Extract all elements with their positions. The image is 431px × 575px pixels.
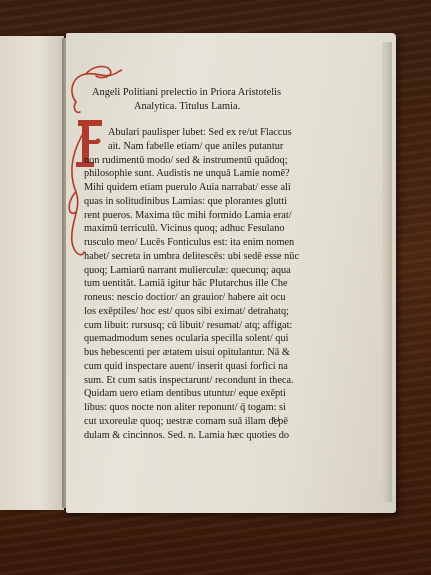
text-line: dulam & cincinnos. Sed. n. Lamia hæc quo… — [84, 429, 356, 443]
text-line: philosophie sunt. Audistis ne unquā Lami… — [84, 167, 356, 181]
text-line: maximū terriculū. Vicinus quoq; adhuc Fe… — [84, 222, 356, 236]
signature-mark: a i — [272, 414, 280, 423]
body-text: Abulari paulisper lubet: Sed ex re/ut Fl… — [84, 126, 356, 442]
text-line: rent pueros. Maxima tūc mihi formido Lam… — [84, 209, 356, 223]
text-line: habet/ secreta in umbra delitescēs: ubi … — [84, 250, 356, 264]
text-line: roneus: nescio doctior/ an grauior/ habe… — [84, 291, 356, 305]
text-line: cut uxoreulæ quoq; uestræ comam suā illa… — [84, 415, 356, 429]
text-line: quoq; Lamiarū narrant mulierculæ: quecun… — [84, 264, 356, 278]
text-line: quemadmodum senes ocularia specilla sole… — [84, 332, 356, 346]
text-line: Abulari paulisper lubet: Sed ex re/ut Fl… — [84, 126, 356, 140]
page-stack-edge — [382, 42, 392, 502]
text-line: bus hebescenti per ætatem uisui opitulan… — [84, 346, 356, 360]
text-line: Mihi quidem etiam puerulo Auia narrabat/… — [84, 181, 356, 195]
text-line: quas in solitudinibus Lamias: que ploran… — [84, 195, 356, 209]
text-line: libus: quos nocte non aliter reponunt/ q… — [84, 401, 356, 415]
chapter-title: Angeli Politiani prelectio in Priora Ari… — [92, 86, 352, 114]
facing-page-left — [0, 36, 64, 510]
title-line-2: Analytica. Titulus Lamia. — [92, 100, 352, 114]
text-line: non rudimentū modo/ sed & instrumentū qu… — [84, 154, 356, 168]
text-line: ait. Nam fabelle etiam/ que aniles putan… — [84, 140, 356, 154]
text-line: sum. Et cum satis inspectarunt/ recondun… — [84, 374, 356, 388]
text-line: los exēptiles/ hoc est/ quos sibi eximat… — [84, 305, 356, 319]
text-line: cum quid inspectare auent/ inserit quasi… — [84, 360, 356, 374]
text-line: cum libuit: rursusq; cū libuit/ resumat/… — [84, 319, 356, 333]
title-line-1: Angeli Politiani prelectio in Priora Ari… — [92, 87, 281, 98]
text-line: Quidam uero etiam dentibus utuntur/ eque… — [84, 387, 356, 401]
text-line: rusculo meo/ Lucēs Fonticulus est: ita e… — [84, 236, 356, 250]
text-line: tum uentitāt. Lamiā igitur hāc Plutarchu… — [84, 277, 356, 291]
